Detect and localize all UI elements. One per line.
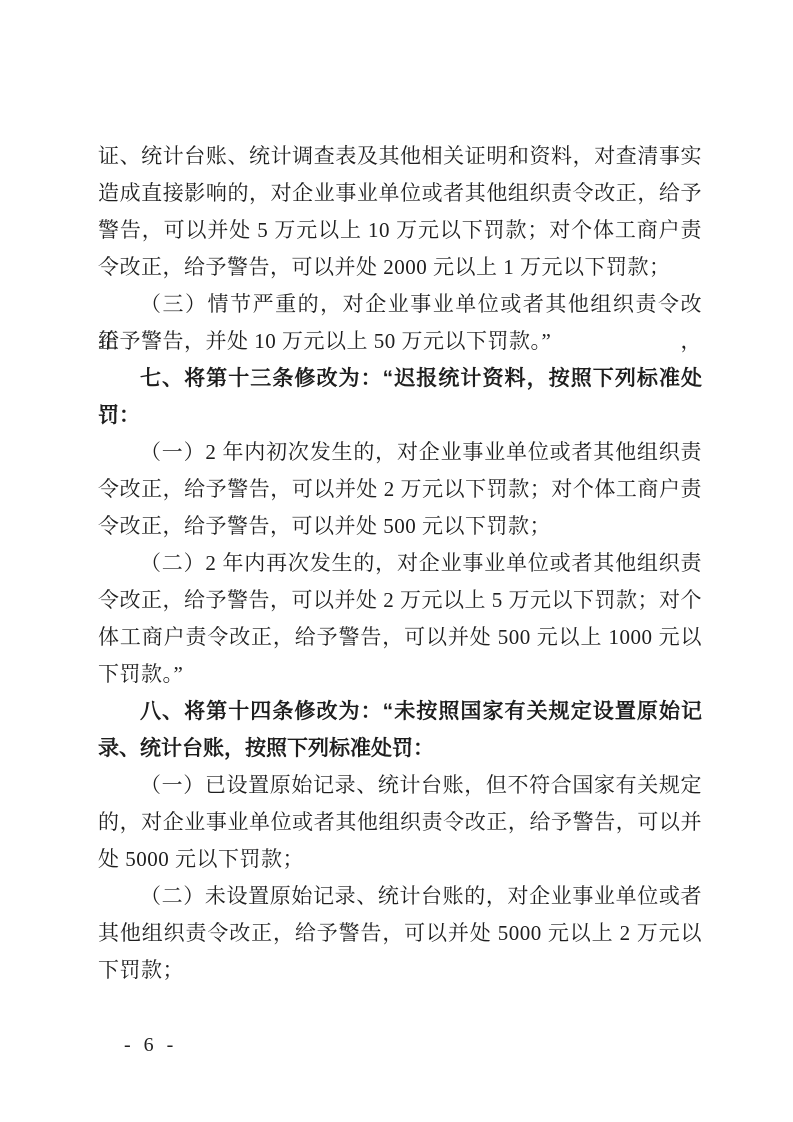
body-line: 令改正，给予警告，可以并处 2 万元以下罚款；对个体工商户责 (98, 471, 702, 508)
body-line: 令改正，给予警告，可以并处 2000 元以上 1 万元以下罚款； (98, 249, 702, 286)
heading-line-article-13: 罚： (98, 397, 702, 434)
body-line: 处 5000 元以下罚款； (98, 841, 702, 878)
body-line: 证、统计台账、统计调查表及其他相关证明和资料，对查清事实 (98, 138, 702, 175)
body-line: 警告，可以并处 5 万元以上 10 万元以下罚款；对个体工商户责 (98, 212, 702, 249)
body-line: （二）未设置原始记录、统计台账的，对企业事业单位或者 (98, 878, 702, 915)
footer-page-number: - 6 - (124, 1034, 177, 1057)
body-line: （二）2 年内再次发生的，对企业事业单位或者其他组织责 (98, 545, 702, 582)
body-line: 造成直接影响的，对企业事业单位或者其他组织责令改正，给予 (98, 175, 702, 212)
body-line: 令改正，给予警告，可以并处 500 元以下罚款； (98, 508, 702, 545)
body-line: 令改正，给予警告，可以并处 2 万元以上 5 万元以下罚款；对个 (98, 582, 702, 619)
body-line: （一）2 年内初次发生的，对企业事业单位或者其他组织责 (98, 434, 702, 471)
heading-line-article-14: 录、统计台账，按照下列标准处罚： (98, 730, 702, 767)
text-block: 证、统计台账、统计调查表及其他相关证明和资料，对查清事实 造成直接影响的，对企业… (98, 138, 702, 989)
heading-line-article-13: 七、将第十三条修改为：“迟报统计资料，按照下列标准处 (98, 360, 702, 397)
body-line: 的，对企业事业单位或者其他组织责令改正，给予警告，可以并 (98, 804, 702, 841)
body-line: （三）情节严重的，对企业事业单位或者其他组织责令改正， (98, 286, 702, 323)
body-line: 下罚款； (98, 952, 702, 989)
document-page: 证、统计台账、统计调查表及其他相关证明和资料，对查清事实 造成直接影响的，对企业… (0, 0, 793, 1122)
body-line: （一）已设置原始记录、统计台账，但不符合国家有关规定 (98, 767, 702, 804)
body-line: 体工商户责令改正，给予警告，可以并处 500 元以上 1000 元以 (98, 619, 702, 656)
heading-line-article-14: 八、将第十四条修改为：“未按照国家有关规定设置原始记 (98, 693, 702, 730)
body-line: 下罚款。” (98, 656, 702, 693)
body-line: 其他组织责令改正，给予警告，可以并处 5000 元以上 2 万元以 (98, 915, 702, 952)
